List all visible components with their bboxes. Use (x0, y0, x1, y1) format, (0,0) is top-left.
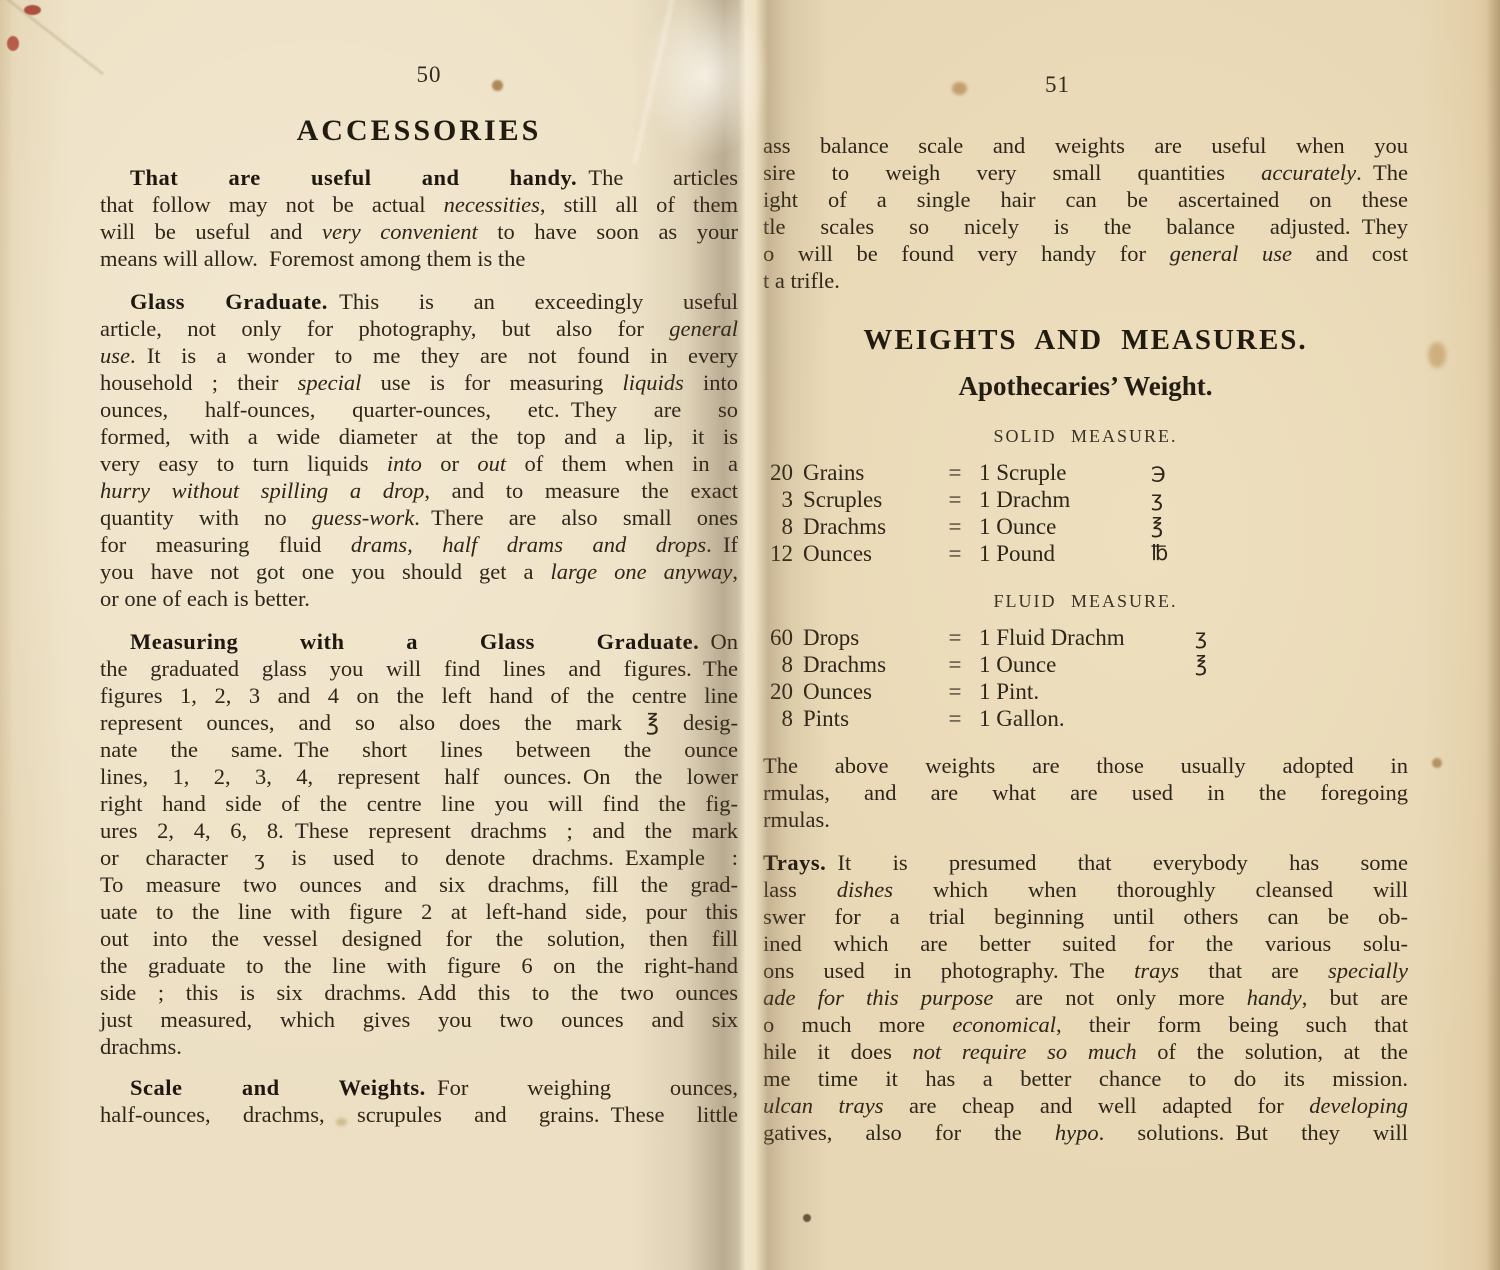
measure-unit: Scruples (803, 486, 931, 513)
text-line: right hand side of the centre line you w… (100, 790, 738, 817)
measure-unit: Drachms (803, 513, 931, 540)
measure-row: 20Ounces=1 Pint. (763, 678, 1408, 705)
paragraph-glass-graduate: Glass Graduate. This is an exceedingly u… (100, 288, 738, 612)
measure-row: 12Ounces=1 Pound℔ (763, 540, 1408, 567)
equals-sign: = (931, 678, 979, 705)
fluid-measure-table: 60Drops=1 Fluid Drachmʒ8Drachms=1 Ounce℥… (763, 624, 1408, 732)
text-line: just measured, which gives you two ounce… (100, 1006, 738, 1033)
apothecary-symbol: ℥ (1151, 513, 1195, 540)
apothecary-symbol (1195, 705, 1239, 732)
paragraph-useful-handy: That are useful and handy. The articlest… (100, 164, 738, 272)
text-line: ures 2, 4, 6, 8. These represent drachms… (100, 817, 738, 844)
apothecary-symbol: ℈ (1151, 459, 1195, 486)
measure-value: 1 Drachm (979, 486, 1151, 513)
measure-unit: Drachms (803, 651, 931, 678)
paragraph-trays: Trays. It is presumed that everybody has… (763, 849, 1408, 1146)
measure-unit: Pints (803, 705, 931, 732)
text-line: nate the same. The short lines between t… (100, 736, 738, 763)
measure-unit: Drops (803, 624, 931, 651)
measure-row: 8Pints=1 Gallon. (763, 705, 1408, 732)
measure-row: 3Scruples=1 Drachmʒ (763, 486, 1408, 513)
text-line: The above weights are those usually adop… (763, 752, 1408, 779)
text-line: household ; their special use is for mea… (100, 369, 738, 396)
text-line: means will allow. Foremost among them is… (100, 245, 738, 272)
text-line: figures 1, 2, 3 and 4 on the left hand o… (100, 682, 738, 709)
text-line: rmulas, and are what are used in the for… (763, 779, 1408, 806)
solid-measure-caption: SOLID MEASURE. (763, 426, 1408, 447)
measure-quantity: 60 (763, 624, 803, 651)
apothecary-symbol: ℥ (1195, 651, 1239, 678)
weights-measures-heading: WEIGHTS AND MEASURES. (763, 324, 1408, 357)
page-51: 51 ass balance scale and weights are use… (755, 0, 1500, 1270)
text-line: or character ʒ is used to denote drachms… (100, 844, 738, 871)
page-50-text-column: 50 ACCESSORIES That are useful and handy… (100, 62, 738, 1128)
text-line: ounces, half-ounces, quarter-ounces, etc… (100, 396, 738, 423)
text-line: swer for a trial beginning until others … (763, 903, 1408, 930)
text-line: ons used in photography. The trays that … (763, 957, 1408, 984)
apothecaries-weight-heading: Apothecaries’ Weight. (763, 371, 1408, 402)
text-line: the graduated glass you will find lines … (100, 655, 738, 682)
paragraph-measuring-graduate: Measuring with a Glass Graduate. Onthe g… (100, 628, 738, 1060)
apothecary-symbol: ʒ (1151, 486, 1195, 513)
text-line: Glass Graduate. This is an exceedingly u… (100, 288, 738, 315)
text-line: formed, with a wide diameter at the top … (100, 423, 738, 450)
text-line: o will be found very handy for general u… (763, 240, 1408, 267)
equals-sign: = (931, 513, 979, 540)
measure-value: 1 Pound (979, 540, 1151, 567)
measure-row: 8Drachms=1 Ounce℥ (763, 651, 1408, 678)
measure-value: 1 Fluid Drachm (979, 624, 1195, 651)
paragraph-scale-weights: Scale and Weights. For weighing ounces,h… (100, 1074, 738, 1128)
text-line: Scale and Weights. For weighing ounces, (100, 1074, 738, 1101)
paragraph-balance-scale: ass balance scale and weights are useful… (763, 132, 1408, 294)
text-line: hile it does not require so much of the … (763, 1038, 1408, 1065)
text-line: gatives, also for the hypo. solutions. B… (763, 1119, 1408, 1146)
equals-sign: = (931, 540, 979, 567)
text-line: will be useful and very convenient to ha… (100, 218, 738, 245)
measure-value: 1 Ounce (979, 513, 1151, 540)
measure-quantity: 8 (763, 705, 803, 732)
page-corner-crease (0, 0, 104, 75)
text-line: ass balance scale and weights are useful… (763, 132, 1408, 159)
text-line: out into the vessel designed for the sol… (100, 925, 738, 952)
measure-row: 60Drops=1 Fluid Drachmʒ (763, 624, 1408, 651)
text-line: t a trifle. (763, 267, 1408, 294)
text-line: To measure two ounces and six drachms, f… (100, 871, 738, 898)
text-line: o much more economical, their form being… (763, 1011, 1408, 1038)
measure-row: 8Drachms=1 Ounce℥ (763, 513, 1408, 540)
text-line: ade for this purpose are not only more h… (763, 984, 1408, 1011)
equals-sign: = (931, 651, 979, 678)
text-line: That are useful and handy. The articles (100, 164, 738, 191)
text-line: tle scales so nicely is the balance adju… (763, 213, 1408, 240)
book-spread: 50 ACCESSORIES That are useful and handy… (0, 0, 1500, 1270)
apothecary-symbol: ℔ (1151, 540, 1195, 567)
text-line: quantity with no guess-work. There are a… (100, 504, 738, 531)
text-line: ined which are better suited for the var… (763, 930, 1408, 957)
text-line: Trays. It is presumed that everybody has… (763, 849, 1408, 876)
text-line: side ; this is six drachms. Add this to … (100, 979, 738, 1006)
text-line: article, not only for photography, but a… (100, 315, 738, 342)
page-51-text-column: 51 ass balance scale and weights are use… (763, 72, 1408, 1146)
measure-value: 1 Gallon. (979, 705, 1195, 732)
page-number-left: 50 (110, 62, 748, 88)
text-line: you have not got one you should get a la… (100, 558, 738, 585)
text-line: represent ounces, and so also does the m… (100, 709, 738, 736)
text-line: that follow may not be actual necessitie… (100, 191, 738, 218)
measure-quantity: 3 (763, 486, 803, 513)
measure-quantity: 12 (763, 540, 803, 567)
equals-sign: = (931, 624, 979, 651)
equals-sign: = (931, 705, 979, 732)
measure-row: 20Grains=1 Scruple℈ (763, 459, 1408, 486)
text-line: lines, 1, 2, 3, 4, represent half ounces… (100, 763, 738, 790)
text-line: Measuring with a Glass Graduate. On (100, 628, 738, 655)
measure-quantity: 8 (763, 513, 803, 540)
page-edge-shadow (1486, 0, 1500, 1270)
text-line: half-ounces, drachms, scrupules and grai… (100, 1101, 738, 1128)
text-line: the graduate to the line with figure 6 o… (100, 952, 738, 979)
text-line: lass dishes which when thoroughly cleans… (763, 876, 1408, 903)
equals-sign: = (931, 486, 979, 513)
text-line: ulcan trays are cheap and well adapted f… (763, 1092, 1408, 1119)
measure-unit: Ounces (803, 540, 931, 567)
measure-quantity: 20 (763, 459, 803, 486)
text-line: drachms. (100, 1033, 738, 1060)
text-line: ight of a single hair can be ascertained… (763, 186, 1408, 213)
measure-unit: Grains (803, 459, 931, 486)
text-line: or one of each is better. (100, 585, 738, 612)
measure-unit: Ounces (803, 678, 931, 705)
measure-quantity: 20 (763, 678, 803, 705)
apothecary-symbol (1195, 678, 1239, 705)
measure-value: 1 Ounce (979, 651, 1195, 678)
accessories-heading: ACCESSORIES (100, 114, 738, 148)
paragraph-above-weights: The above weights are those usually adop… (763, 752, 1408, 833)
measure-value: 1 Pint. (979, 678, 1195, 705)
text-line: rmulas. (763, 806, 1408, 833)
text-line: for measuring fluid drams, half drams an… (100, 531, 738, 558)
text-line: sire to weigh very small quantities accu… (763, 159, 1408, 186)
solid-measure-table: 20Grains=1 Scruple℈3Scruples=1 Drachmʒ8D… (763, 459, 1408, 567)
equals-sign: = (931, 459, 979, 486)
measure-quantity: 8 (763, 651, 803, 678)
text-line: use. It is a wonder to me they are not f… (100, 342, 738, 369)
text-line: very easy to turn liquids into or out of… (100, 450, 738, 477)
apothecary-symbol: ʒ (1195, 624, 1239, 651)
text-line: hurry without spilling a drop, and to me… (100, 477, 738, 504)
page-50: 50 ACCESSORIES That are useful and handy… (0, 0, 755, 1270)
measure-value: 1 Scruple (979, 459, 1151, 486)
text-line: uate to the line with figure 2 at left-h… (100, 898, 738, 925)
fluid-measure-caption: FLUID MEASURE. (763, 591, 1408, 612)
text-line: me time it has a better chance to do its… (763, 1065, 1408, 1092)
page-number-right: 51 (755, 72, 1380, 98)
